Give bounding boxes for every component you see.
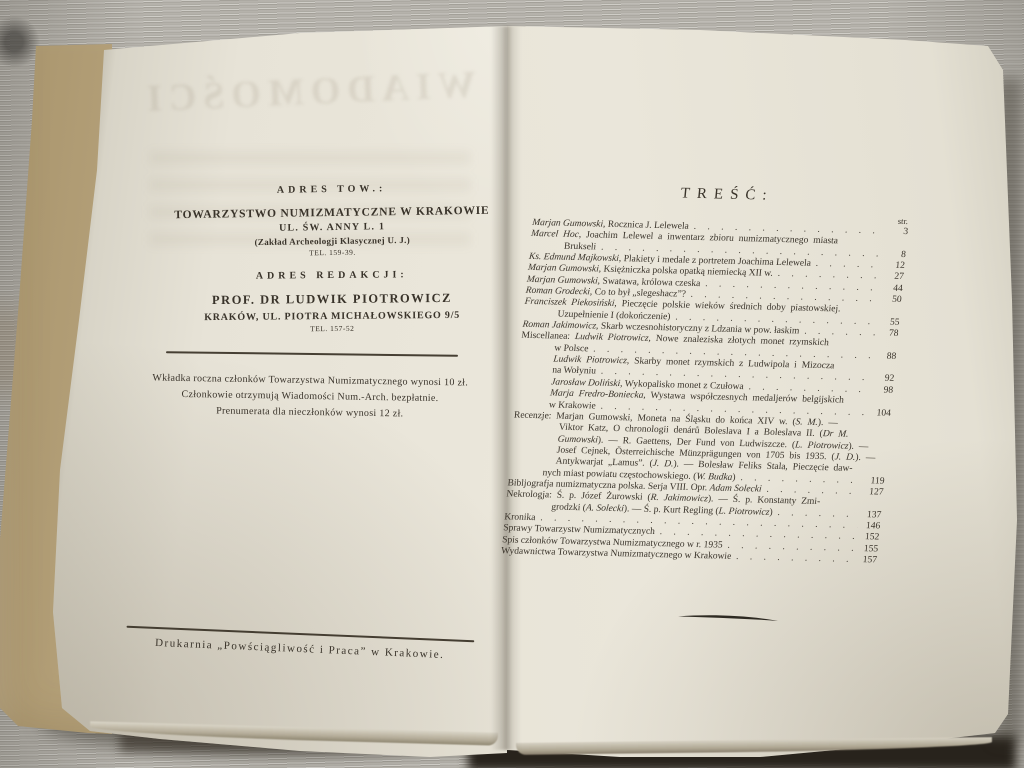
toc-text: Brukseli	[564, 241, 597, 252]
dot-leader	[736, 552, 855, 566]
toc-page-number: 92	[874, 374, 895, 386]
toc-page-number: 8	[885, 249, 906, 261]
toc-text: w Krakowie	[549, 400, 597, 411]
toc-author-italic: J. D.	[834, 452, 856, 462]
toc-author-italic: S. M.	[795, 417, 818, 428]
toc-author-italic: Ludwik Piotrowicz	[574, 332, 649, 344]
toc-list: Marjan Gumowski, Rocznica J. Lelewela3Ma…	[500, 218, 908, 567]
toc-author-italic: Ludwik Piotrowicz	[553, 355, 628, 367]
toc-page-number: 44	[882, 283, 903, 295]
toc-text: ). — Ś. p. Kurt Regling (	[623, 504, 719, 516]
toc-author-italic: Marja Fredro-Boniecka	[550, 389, 644, 401]
toc-text: grodzki (	[551, 502, 586, 513]
toc-author-italic: Ks. Edmund Majkowski	[528, 252, 619, 264]
photo-of-open-book: WIADOMOŚCI ADRES TOW.: TOWARZYSTWO NUMIZ…	[0, 0, 1024, 768]
table-of-contents: TREŚĆ: str. Marjan Gumowski, Rocznica J.…	[500, 182, 911, 567]
toc-page-number: 127	[863, 487, 884, 499]
toc-page-number: 50	[881, 295, 902, 307]
toc-text: ). —	[855, 453, 876, 463]
toc-text: Antykwarjat „Lamus”. (	[555, 457, 653, 469]
toc-author-italic: Roman Grodecki	[525, 286, 590, 298]
toc-author-italic: R. Jakimowicz	[650, 493, 708, 504]
editorial-address-heading: ADRES REDAKCJI:	[172, 269, 492, 283]
toc-author-italic: Marjan Gumowski	[532, 218, 604, 230]
toc-author-italic: Franciszek Piekosiński	[524, 297, 615, 309]
toc-page-number: 157	[856, 555, 877, 567]
toc-author-italic: Marjan Gumowski	[527, 263, 599, 275]
toc-author-italic: Marjan Gumowski	[526, 275, 598, 287]
toc-page-number: 137	[861, 510, 882, 522]
toc-author-italic: A. Solecki	[585, 503, 624, 514]
toc-page-number: 12	[884, 261, 905, 273]
toc-page-number: 104	[870, 408, 891, 420]
toc-author-italic: L. Piotrowicz	[718, 506, 770, 517]
toc-author-italic: Marcel Hoc	[531, 229, 580, 240]
toc-author-italic: Roman Jakimowicz	[522, 320, 597, 332]
society-name: TOWARZYSTWO NUMIZMATYCZNE W KRAKOWIE	[172, 205, 492, 221]
toc-author-italic: W. Budka	[696, 472, 733, 483]
toc-text: , Swatawa, królowa czeska	[597, 276, 701, 288]
toc-author-italic: Adam Solecki	[709, 483, 762, 494]
toc-page-number: 98	[872, 385, 893, 397]
toc-page-number: 78	[878, 329, 899, 341]
society-street: UL. ŚW. ANNY L. 1	[172, 220, 492, 235]
toc-entry-text: Kronika	[504, 512, 536, 524]
toc-page-number: 27	[883, 272, 904, 284]
toc-author-italic: J. D.	[652, 459, 674, 469]
toc-author-italic: Jarosław Doliński	[551, 377, 621, 389]
editor-street: KRAKÓW, UL. PIOTRA MICHAŁOWSKIEGO 9/5	[172, 310, 492, 324]
toc-page-number: 3	[887, 227, 908, 239]
toc-text: w Polsce	[554, 343, 589, 354]
toc-page-number: 146	[860, 521, 881, 533]
toc-page-number: 55	[879, 317, 900, 329]
toc-text: ). —	[848, 441, 869, 451]
toc-text: )	[769, 507, 773, 517]
toc-page-number: 152	[859, 532, 880, 544]
toc-page-number: 119	[864, 476, 885, 488]
toc-page-number: 155	[857, 544, 878, 556]
editor-name: PROF. DR LUDWIK PIOTROWICZ	[172, 291, 492, 309]
toc-text: Miscellanea:	[521, 331, 575, 342]
subscription-info-block: Wkładka roczna członków Towarzystwa Numi…	[142, 370, 479, 423]
toc-text: , Co to był „slegeshacz”?	[590, 287, 687, 299]
toc-text: ). —	[817, 418, 838, 428]
editorial-address-block: ADRES REDAKCJI: PROF. DR LUDWIK PIOTROWI…	[172, 269, 493, 335]
society-address-block: ADRES TOW.: TOWARZYSTWO NUMIZMATYCZNE W …	[172, 182, 493, 259]
toc-text: Kronika	[504, 512, 536, 523]
toc-author-italic: L. Piotrowicz	[795, 440, 849, 451]
toc-text: )	[732, 472, 736, 482]
toc-text: , Rocznica J. Lelewela	[603, 220, 690, 232]
toc-text: na Wołyniu	[552, 366, 597, 377]
toc-author-italic: Gumowski	[557, 434, 598, 445]
toc-page-number: 88	[876, 351, 897, 363]
toc-author-italic: Dr M.	[822, 429, 849, 440]
